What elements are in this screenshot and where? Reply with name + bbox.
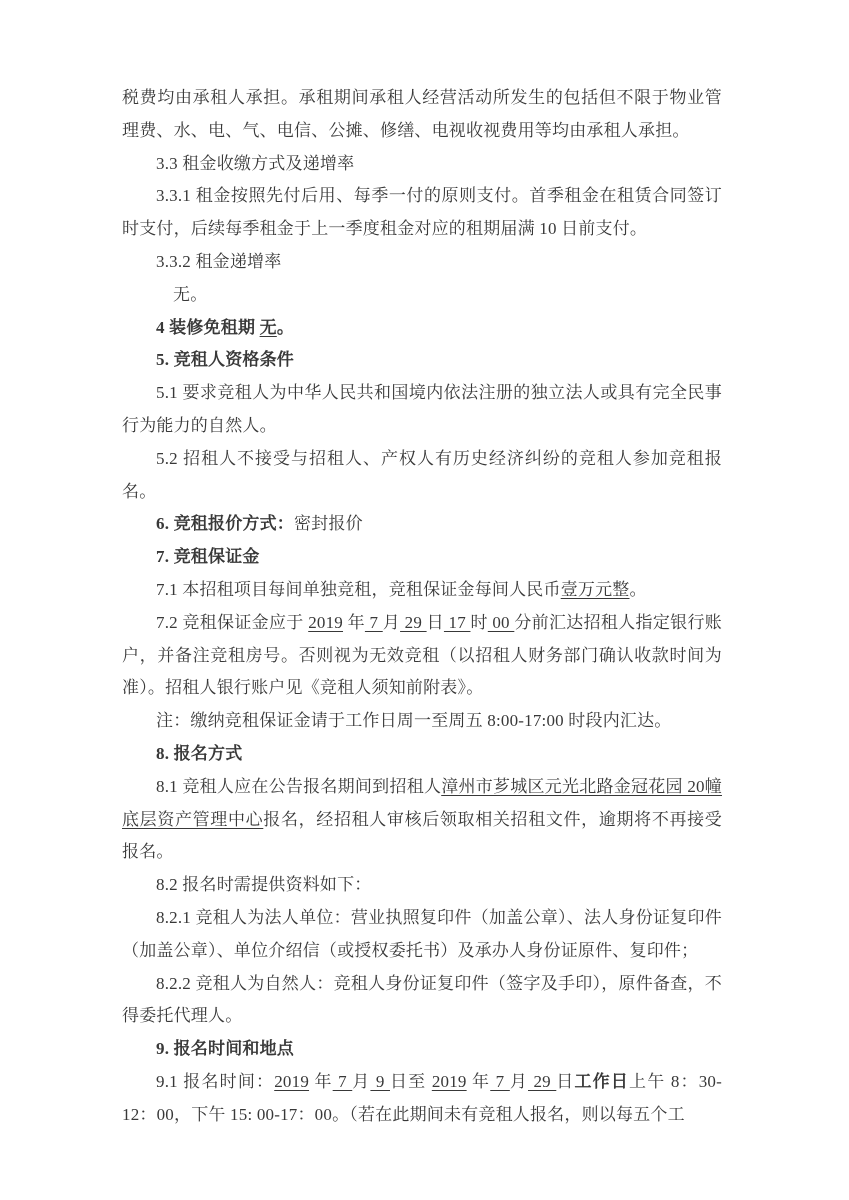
text-run: 8. 报名方式 (156, 744, 242, 763)
paragraph: 8.2.2 竞租人为自然人：竞租人身份证复印件（签字及手印），原件备查，不得委托… (122, 968, 722, 1034)
text-run: 7. 竞租保证金 (156, 547, 260, 566)
text-run: 8.1 竞租人应在公告报名期间到招租人 (156, 777, 441, 796)
text-run: 00 (488, 613, 515, 632)
text-run: 29 (528, 1072, 556, 1091)
paragraph: 注：缴纳竞租保证金请于工作日周一至周五 8:00-17:00 时段内汇达。 (122, 705, 722, 738)
paragraph: 5.1 要求竞租人为中华人民共和国境内依法注册的独立法人或具有完全民事行为能力的… (122, 377, 722, 443)
paragraph: 3.3.1 租金按照先付后用、每季一付的原则支付。首季租金在租赁合同签订时支付，… (122, 180, 722, 246)
text-run: 4 装修免租期 (156, 318, 260, 337)
text-run: 无 (260, 318, 277, 337)
text-run: 年 (309, 1072, 333, 1091)
paragraph: 9. 报名时间和地点 (122, 1033, 722, 1066)
text-run: 17 (444, 613, 471, 632)
text-run: 密封报价 (294, 514, 363, 533)
paragraph: 7. 竞租保证金 (122, 541, 722, 574)
text-run: 7 (490, 1072, 510, 1091)
text-run: 9. 报名时间和地点 (156, 1039, 294, 1058)
paragraph: 8.2.1 竞租人为法人单位：营业执照复印件（加盖公章）、法人身份证复印件（加盖… (122, 902, 722, 968)
text-run: 29 (400, 613, 427, 632)
text-run: 8.2 报名时需提供资料如下： (156, 875, 372, 894)
text-run: 2019 (432, 1072, 467, 1091)
document-page: 税费均由承租人承担。承租期间承租人经营活动所发生的包括但不限于物业管理费、水、电… (0, 0, 849, 1200)
text-run: 时 (470, 613, 487, 632)
text-run: 9.1 报名时间： (156, 1072, 274, 1091)
document-body: 税费均由承租人承担。承租期间承租人经营活动所发生的包括但不限于物业管理费、水、电… (122, 82, 722, 1132)
text-run: 6. 竞租报价方式： (156, 514, 294, 533)
text-run: 年 (467, 1072, 491, 1091)
text-run: 5. 竞租人资格条件 (156, 350, 294, 369)
text-run: 7 (333, 1072, 353, 1091)
text-run: 8.2.2 竞租人为自然人：竞租人身份证复印件（签字及手印），原件备查，不得委托… (122, 974, 722, 1026)
text-run: 7 (365, 613, 383, 632)
text-run: 。 (277, 318, 294, 337)
paragraph: 3.3 租金收缴方式及递增率 (122, 148, 722, 181)
paragraph: 7.1 本招租项目每间单独竞租，竞租保证金每间人民币壹万元整。 (122, 574, 722, 607)
text-run: 月 (510, 1072, 528, 1091)
text-run: 日 (556, 1072, 574, 1091)
text-run: 8.2.1 竞租人为法人单位：营业执照复印件（加盖公章）、法人身份证复印件（加盖… (122, 908, 722, 960)
paragraph: 3.3.2 租金递增率 (122, 246, 722, 279)
paragraph: 5. 竞租人资格条件 (122, 344, 722, 377)
text-run: 日 (427, 613, 444, 632)
text-run: 7.2 竞租保证金应于 (156, 613, 308, 632)
text-run: 税费均由承租人承担。承租期间承租人经营活动所发生的包括但不限于物业管理费、水、电… (122, 88, 722, 140)
text-run: 3.3.2 租金递增率 (156, 252, 281, 271)
text-run: 无。 (173, 285, 207, 304)
text-run: 5.1 要求竞租人为中华人民共和国境内依法注册的独立法人或具有完全民事行为能力的… (122, 383, 722, 435)
text-run: 注：缴纳竞租保证金请于工作日周一至周五 8:00-17:00 时段内汇达。 (156, 711, 672, 730)
paragraph: 8.1 竞租人应在公告报名期间到招租人漳州市芗城区元光北路金冠花园 20幢底层资… (122, 771, 722, 869)
paragraph: 8.2 报名时需提供资料如下： (122, 869, 722, 902)
paragraph: 6. 竞租报价方式：密封报价 (122, 508, 722, 541)
text-run: 3.3 租金收缴方式及递增率 (156, 154, 354, 173)
text-run: 月 (383, 613, 400, 632)
text-run: 2019 (274, 1072, 309, 1091)
text-run: 月 (352, 1072, 370, 1091)
paragraph: 9.1 报名时间：2019 年 7 月 9 日至 2019 年 7 月 29 日… (122, 1066, 722, 1132)
text-run: 年 (343, 613, 365, 632)
paragraph: 5.2 招租人不接受与招租人、产权人有历史经济纠纷的竞租人参加竞租报名。 (122, 443, 722, 509)
text-run: 壹万元整 (561, 580, 630, 599)
text-run: 9 (370, 1072, 390, 1091)
text-run: 7.1 本招租项目每间单独竞租，竞租保证金每间人民币 (156, 580, 561, 599)
text-run: 。 (630, 580, 647, 599)
text-run: 3.3.1 租金按照先付后用、每季一付的原则支付。首季租金在租赁合同签订时支付，… (122, 186, 722, 238)
paragraph: 8. 报名方式 (122, 738, 722, 771)
paragraph: 4 装修免租期 无。 (122, 312, 722, 345)
text-run: 5.2 招租人不接受与招租人、产权人有历史经济纠纷的竞租人参加竞租报名。 (122, 449, 722, 501)
text-run: 2019 (308, 613, 343, 632)
text-run: 工作日 (574, 1072, 629, 1091)
paragraph: 税费均由承租人承担。承租期间承租人经营活动所发生的包括但不限于物业管理费、水、电… (122, 82, 722, 148)
paragraph: 7.2 竞租保证金应于 2019 年 7 月 29 日 17 时 00 分前汇达… (122, 607, 722, 705)
text-run: 日至 (390, 1072, 432, 1091)
paragraph: 无。 (122, 279, 722, 312)
